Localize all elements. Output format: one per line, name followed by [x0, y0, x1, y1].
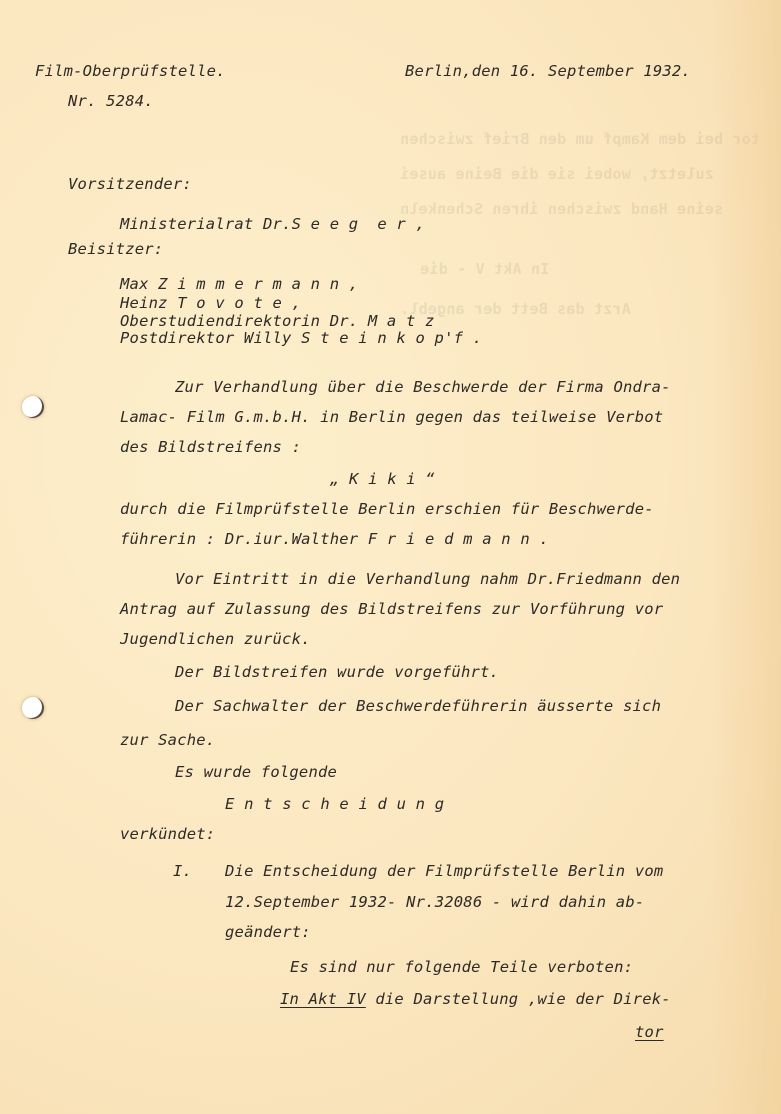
act-reference: In Akt IV — [280, 990, 366, 1008]
assessor: Max Z i m m e r m a n n , — [120, 275, 358, 293]
assessor: Oberstudiendirektorin Dr. M a t z — [120, 312, 435, 330]
punch-hole — [22, 396, 44, 418]
act-line: In Akt IV die Darstellung ,wie der Direk… — [280, 990, 671, 1008]
body-line: Zur Verhandlung über die Beschwerde der … — [175, 378, 671, 396]
bleed-through-text: zuletzt, wobei sie die Beine ausei — [400, 165, 714, 183]
body-line: Jugendlichen zurück. — [120, 630, 311, 648]
body-line: Vor Eintritt in die Verhandlung nahm Dr.… — [175, 570, 680, 588]
announced-label: verkündet: — [120, 825, 215, 843]
decision-item-line: geändert: — [225, 923, 311, 941]
body-line: Der Sachwalter der Beschwerdeführerin äu… — [175, 697, 661, 715]
continuation-word: tor — [635, 1023, 664, 1041]
bleed-through-text: In Akt V - die — [420, 260, 549, 278]
body-line: durch die Filmprüfstelle Berlin erschien… — [120, 500, 654, 518]
item-number: I. — [173, 862, 192, 880]
body-line: Lamac- Film G.m.b.H. in Berlin gegen das… — [120, 408, 663, 426]
assessor: Heinz T o v o t e , — [120, 294, 301, 312]
place-date: Berlin,den 16. September 1932. — [405, 62, 691, 80]
decision-item-line: Die Entscheidung der Filmprüfstelle Berl… — [225, 862, 663, 880]
document-number: Nr. 5284. — [68, 92, 154, 110]
punch-hole — [22, 697, 44, 719]
film-title: „ K i k i “ — [330, 470, 435, 488]
body-line: Antrag auf Zulassung des Bildstreifens z… — [120, 600, 663, 618]
body-line: zur Sache. — [120, 731, 215, 749]
body-line: Der Bildstreifen wurde vorgeführt. — [175, 663, 499, 681]
chair-name: Ministerialrat Dr.S e e g e r , — [120, 215, 425, 233]
bleed-through-text: Arzt das Bett der angebl. — [400, 300, 631, 318]
assessor: Postdirektor Willy S t e i n k o p'f . — [120, 329, 482, 347]
body-line: führerin : Dr.iur.Walther F r i e d m a … — [120, 530, 549, 548]
document-page: tor bei dem Kampf um den Brief zwischen … — [0, 0, 781, 1114]
assessors-label: Beisitzer: — [68, 240, 163, 258]
bleed-through-text: tor bei dem Kampf um den Brief zwischen — [400, 130, 760, 148]
bleed-through-text: seine Hand zwischen ihren Schenkeln — [400, 200, 723, 218]
decision-heading: E n t s c h e i d u n g — [225, 795, 444, 813]
office-name: Film-Oberprüfstelle. — [35, 62, 226, 80]
body-line: des Bildstreifens : — [120, 438, 301, 456]
body-line: Es wurde folgende — [175, 763, 337, 781]
act-description: die Darstellung ,wie der Direk- — [366, 990, 671, 1008]
chair-label: Vorsitzender: — [68, 175, 192, 193]
decision-item-line: 12.September 1932- Nr.32086 - wird dahin… — [225, 893, 644, 911]
prohibited-intro: Es sind nur folgende Teile verboten: — [290, 958, 633, 976]
